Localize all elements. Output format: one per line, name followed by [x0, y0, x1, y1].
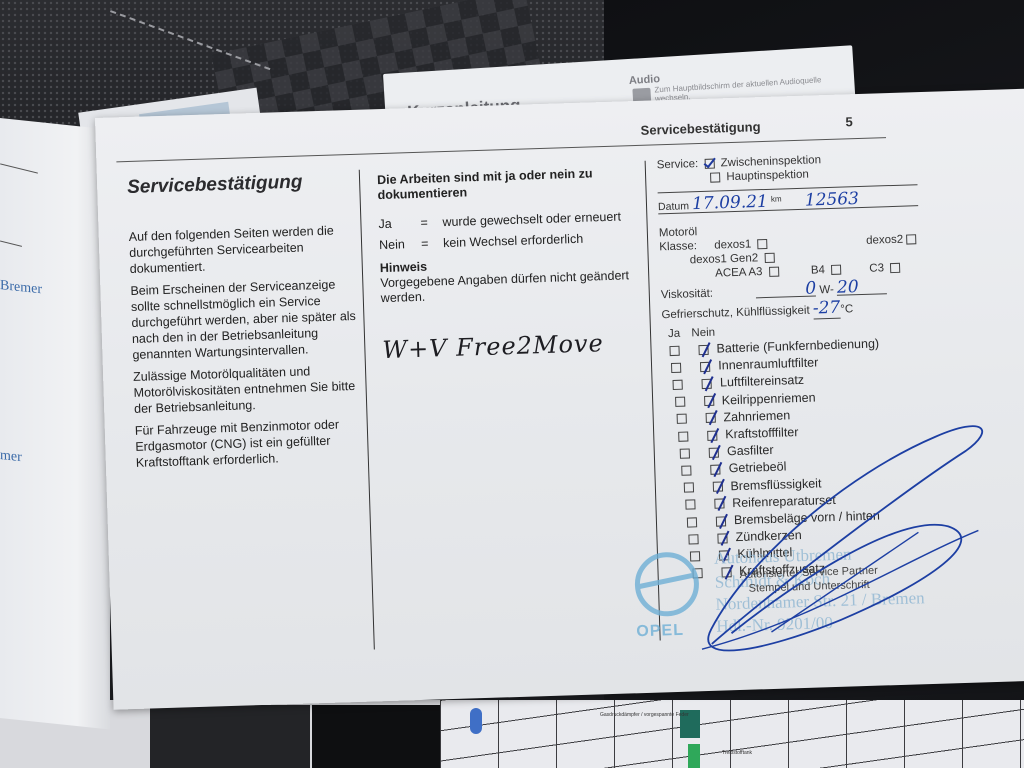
bottom-dark-object-2	[312, 705, 442, 768]
oil-class-label: ACEA A3	[715, 266, 763, 279]
checkbox-ja[interactable]	[683, 483, 693, 493]
date-km-row: Datum 17.09.21 km 12563	[658, 184, 919, 214]
definition-key: Ja	[378, 216, 420, 232]
instructions-column: Die Arbeiten sind mit ja oder nein zu do…	[377, 165, 633, 364]
viscosity-separator: W-	[819, 284, 834, 296]
left-page-fragment: Bremer	[0, 278, 42, 298]
checklist-item-label: Zahnriemen	[723, 408, 790, 424]
checkbox-acea-a3[interactable]	[769, 267, 779, 277]
note: Hinweis Vorgegebene Angaben dürfen nicht…	[380, 253, 631, 306]
oil-class-label: dexos1	[714, 238, 751, 251]
service-label: Service:	[657, 158, 699, 171]
checklist-item-label: Getriebeöl	[728, 460, 786, 476]
checkbox-ja[interactable]	[685, 500, 695, 510]
checklist-item-label: Zündkerzen	[735, 528, 801, 544]
oil-class-label: dexos1 Gen2	[690, 252, 759, 266]
checkbox-ja[interactable]	[678, 431, 688, 441]
checkbox-ja[interactable]	[689, 534, 699, 544]
checkbox-dexos1-gen2[interactable]	[764, 253, 774, 263]
intro-title: Servicebestätigung	[127, 170, 358, 199]
checklist-item-label: Bremsflüssigkeit	[730, 476, 821, 493]
antifreeze-value[interactable]: -27	[813, 298, 841, 320]
oil-class-label: C3	[869, 262, 884, 274]
left-page-fragment: mer	[0, 448, 22, 466]
checklist: Ja Nein Batterie (Funkfernbedienung)Inne…	[662, 320, 930, 583]
date-value[interactable]: 17.09.21	[692, 192, 768, 214]
column-ja: Ja	[668, 328, 681, 340]
definition-value: wurde gewechselt oder erneuert	[442, 209, 628, 230]
checkbox-nein[interactable]	[718, 533, 728, 543]
checkbox-ja[interactable]	[682, 465, 692, 475]
green-marker-icon	[688, 744, 700, 768]
checkbox-nein[interactable]	[704, 396, 714, 406]
checkbox-ja[interactable]	[680, 448, 690, 458]
left-page: Bremer mer	[0, 118, 110, 730]
column-nein: Nein	[691, 327, 715, 340]
viscosity-value-1[interactable]: 0	[756, 281, 816, 298]
rule	[0, 240, 22, 246]
checkbox-nein[interactable]	[712, 482, 722, 492]
checkbox-ja[interactable]	[669, 345, 679, 355]
checklist-item-label: Keilrippenriemen	[722, 390, 816, 407]
checkbox-nein[interactable]	[700, 362, 710, 372]
handwritten-note: W+V Free2Move	[382, 328, 633, 364]
viscosity-value-2[interactable]: 20	[837, 279, 887, 296]
checkbox-nein[interactable]	[714, 499, 724, 509]
checklist-item-label: Gasfilter	[727, 443, 774, 458]
checkbox-zwischeninspektion[interactable]	[704, 159, 714, 169]
intro-paragraph: Beim Erscheinen der Serviceanzeige sollt…	[130, 276, 362, 363]
service-form: Service: Zwischeninspektion Hauptinspekt…	[657, 150, 930, 583]
checklist-item-label: Kraftstofffilter	[725, 425, 799, 441]
checkbox-b4[interactable]	[831, 265, 841, 275]
intro-column: Servicebestätigung Auf den folgenden Sei…	[127, 170, 366, 477]
service-page: Servicebestätigung 5 Servicebestätigung …	[95, 89, 1024, 710]
partner-caption: Autorisierter Service Partner Stempel un…	[739, 564, 878, 596]
checkbox-nein[interactable]	[716, 516, 726, 526]
checkbox-nein[interactable]	[711, 465, 721, 475]
checkbox-dexos1[interactable]	[757, 239, 767, 249]
oil-class-label: B4	[811, 264, 825, 276]
checkbox-ja[interactable]	[671, 363, 681, 373]
checkbox-nein[interactable]	[707, 430, 717, 440]
km-label: km	[771, 194, 782, 203]
checklist-item-label: Bremsbeläge vorn / hinten	[734, 508, 880, 527]
viscosity-label: Viskosität:	[661, 288, 714, 302]
checkbox-dexos2[interactable]	[906, 234, 916, 244]
grid-label: Gasdruckdämpfer / vorgespannte Feder	[600, 712, 689, 718]
grid-label: Treibstofftank	[722, 750, 752, 756]
checkbox-nein[interactable]	[705, 413, 715, 423]
checkbox-ja[interactable]	[673, 380, 683, 390]
oil-class-label: dexos2	[866, 234, 903, 247]
instructions-heading: Die Arbeiten sind mit ja oder nein zu do…	[377, 165, 628, 203]
rule	[0, 163, 38, 173]
engine-oil-section: Motoröl Klasse: dexos1 dexos2 dexos1 Gen…	[659, 218, 922, 324]
definition-row: Nein = kein Wechsel erforderlich	[379, 230, 629, 253]
checkbox-ja[interactable]	[687, 517, 697, 527]
definition-row: Ja = wurde gewechselt oder erneuert	[378, 209, 628, 232]
dealer-stamp: OPEL Autohaus Utbremen Schmidt & Koch No…	[634, 542, 998, 673]
checkbox-nein[interactable]	[698, 345, 708, 355]
checklist-item-label: Batterie (Funkfernbedienung)	[716, 336, 879, 355]
checkbox-nein[interactable]	[709, 447, 719, 457]
definition-key: Nein	[379, 237, 421, 253]
checkbox-nein[interactable]	[702, 379, 712, 389]
checkbox-hauptinspektion[interactable]	[710, 172, 720, 182]
service-option-label: Hauptinspektion	[726, 169, 809, 184]
bottom-dark-object	[150, 705, 310, 768]
checkbox-ja[interactable]	[676, 414, 686, 424]
checklist-item-label: Innenraumluftfilter	[718, 356, 818, 373]
definition-equals: =	[421, 236, 443, 252]
blue-marker-icon	[470, 708, 482, 734]
checkbox-ja[interactable]	[675, 397, 685, 407]
page-number: 5	[845, 114, 853, 129]
stamp-line: Hdl.-Nr. 9201/00	[716, 613, 833, 637]
antifreeze-unit: °C	[840, 303, 853, 315]
bottom-grid-sheet: Gasdruckdämpfer / vorgespannte Feder Tre…	[440, 700, 1024, 768]
checklist-item-label: Luftfiltereinsatz	[720, 373, 804, 390]
definition-value: kein Wechsel erforderlich	[443, 230, 629, 251]
intro-paragraph: Auf den folgenden Seiten werden die durc…	[129, 222, 360, 277]
intro-paragraph: Zulässige Motorölqualitäten und Motorölv…	[133, 362, 364, 417]
stamp-brand: OPEL	[636, 622, 684, 641]
intro-paragraph: Für Fahrzeuge mit Benzinmotor oder Erdga…	[135, 416, 366, 471]
definition-equals: =	[420, 215, 442, 231]
date-label: Datum	[658, 200, 689, 213]
page-header-title: Servicebestätigung	[640, 119, 760, 138]
checklist-item-label: Reifenreparaturset	[732, 493, 836, 510]
class-label: Klasse:	[659, 240, 697, 253]
km-value[interactable]: 12563	[805, 189, 860, 211]
checkbox-c3[interactable]	[890, 263, 900, 273]
antifreeze-label: Gefrierschutz, Kühlflüssigkeit	[661, 305, 810, 322]
